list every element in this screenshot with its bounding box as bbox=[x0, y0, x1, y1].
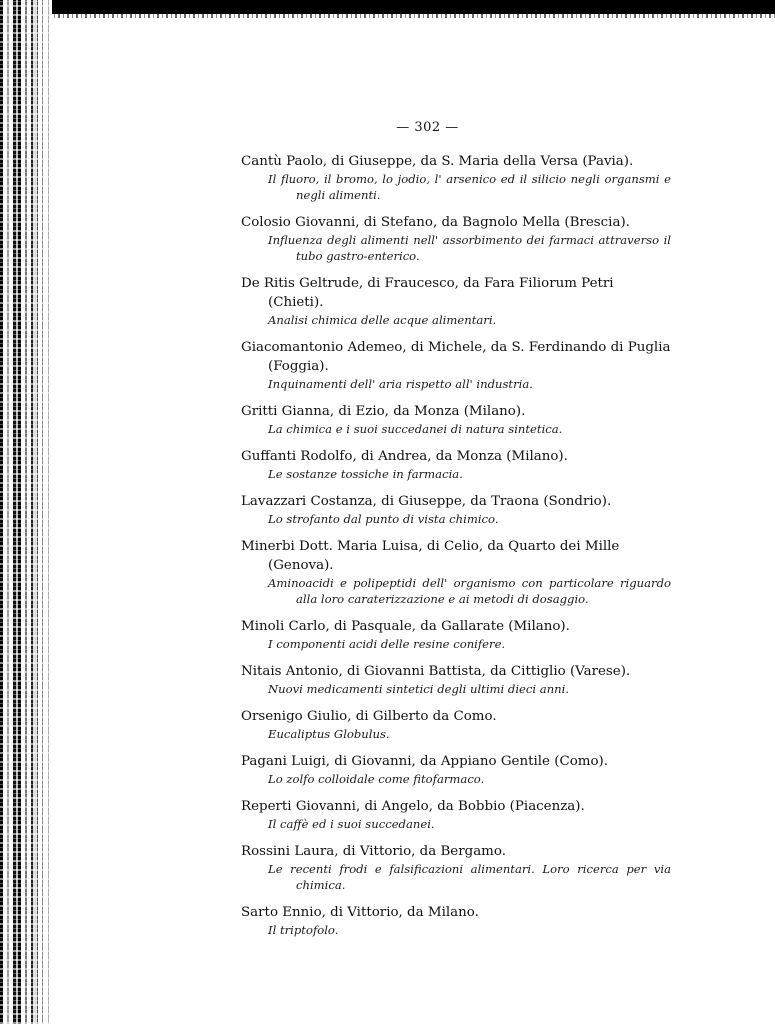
entry-author: Rossini Laura, di Vittorio, da Bergamo. bbox=[241, 842, 671, 861]
list-item: Minerbi Dott. Maria Luisa, di Celio, da … bbox=[241, 537, 671, 607]
entry-author: Gritti Gianna, di Ezio, da Monza (Milano… bbox=[241, 402, 671, 421]
list-item: Nitais Antonio, di Giovanni Battista, da… bbox=[241, 662, 671, 697]
entry-author: Reperti Giovanni, di Angelo, da Bobbio (… bbox=[241, 797, 671, 816]
entry-title: Il triptofolo. bbox=[241, 922, 671, 938]
entry-title: Le sostanze tossiche in farmacia. bbox=[241, 466, 671, 482]
entry-title: Le recenti frodi e falsificazioni alimen… bbox=[241, 861, 671, 893]
entry-author: Colosio Giovanni, di Stefano, da Bagnolo… bbox=[241, 213, 671, 232]
entry-title: Il caffè ed i suoi succedanei. bbox=[241, 816, 671, 832]
list-item: Lavazzari Costanza, di Giuseppe, da Trao… bbox=[241, 492, 671, 527]
list-item: Gritti Gianna, di Ezio, da Monza (Milano… bbox=[241, 402, 671, 437]
entry-title: Influenza degli alimenti nell' assorbime… bbox=[241, 232, 671, 264]
list-item: Reperti Giovanni, di Angelo, da Bobbio (… bbox=[241, 797, 671, 832]
entry-author: Orsenigo Giulio, di Gilberto da Como. bbox=[241, 707, 671, 726]
list-item: Rossini Laura, di Vittorio, da Bergamo. … bbox=[241, 842, 671, 893]
entry-title: Il fluoro, il bromo, lo jodio, l' arseni… bbox=[241, 171, 671, 203]
entry-author: Nitais Antonio, di Giovanni Battista, da… bbox=[241, 662, 671, 681]
list-item: De Ritis Geltrude, di Fraucesco, da Fara… bbox=[241, 274, 671, 328]
list-item: Guffanti Rodolfo, di Andrea, da Monza (M… bbox=[241, 447, 671, 482]
entry-author: Minoli Carlo, di Pasquale, da Gallarate … bbox=[241, 617, 671, 636]
page-number: — 302 — bbox=[0, 120, 775, 135]
list-item: Cantù Paolo, di Giuseppe, da S. Maria de… bbox=[241, 152, 671, 203]
entry-author: Minerbi Dott. Maria Luisa, di Celio, da … bbox=[241, 537, 671, 575]
thesis-list: Cantù Paolo, di Giuseppe, da S. Maria de… bbox=[241, 152, 671, 948]
entry-title: Lo zolfo colloidale come fitofarmaco. bbox=[241, 771, 671, 787]
entry-title: La chimica e i suoi succedanei di natura… bbox=[241, 421, 671, 437]
entry-title: Eucaliptus Globulus. bbox=[241, 726, 671, 742]
entry-title: Lo strofanto dal punto di vista chimico. bbox=[241, 511, 671, 527]
scan-top-edge bbox=[40, 0, 775, 14]
entry-author: Lavazzari Costanza, di Giuseppe, da Trao… bbox=[241, 492, 671, 511]
entry-author: De Ritis Geltrude, di Fraucesco, da Fara… bbox=[241, 274, 671, 312]
entry-title: I componenti acidi delle resine conifere… bbox=[241, 636, 671, 652]
scan-binding-edge bbox=[0, 0, 52, 1024]
entry-author: Guffanti Rodolfo, di Andrea, da Monza (M… bbox=[241, 447, 671, 466]
entry-author: Pagani Luigi, di Giovanni, da Appiano Ge… bbox=[241, 752, 671, 771]
list-item: Pagani Luigi, di Giovanni, da Appiano Ge… bbox=[241, 752, 671, 787]
list-item: Colosio Giovanni, di Stefano, da Bagnolo… bbox=[241, 213, 671, 264]
entry-author: Sarto Ennio, di Vittorio, da Milano. bbox=[241, 903, 671, 922]
entry-title: Inquinamenti dell' aria rispetto all' in… bbox=[241, 376, 671, 392]
entry-title: Analisi chimica delle acque alimentari. bbox=[241, 312, 671, 328]
list-item: Orsenigo Giulio, di Gilberto da Como. Eu… bbox=[241, 707, 671, 742]
entry-author: Giacomantonio Ademeo, di Michele, da S. … bbox=[241, 338, 671, 376]
list-item: Minoli Carlo, di Pasquale, da Gallarate … bbox=[241, 617, 671, 652]
list-item: Giacomantonio Ademeo, di Michele, da S. … bbox=[241, 338, 671, 392]
entry-title: Nuovi medicamenti sintetici degli ultimi… bbox=[241, 681, 671, 697]
entry-author: Cantù Paolo, di Giuseppe, da S. Maria de… bbox=[241, 152, 671, 171]
list-item: Sarto Ennio, di Vittorio, da Milano. Il … bbox=[241, 903, 671, 938]
entry-title: Aminoacidi e polipeptidi dell' organismo… bbox=[241, 575, 671, 607]
